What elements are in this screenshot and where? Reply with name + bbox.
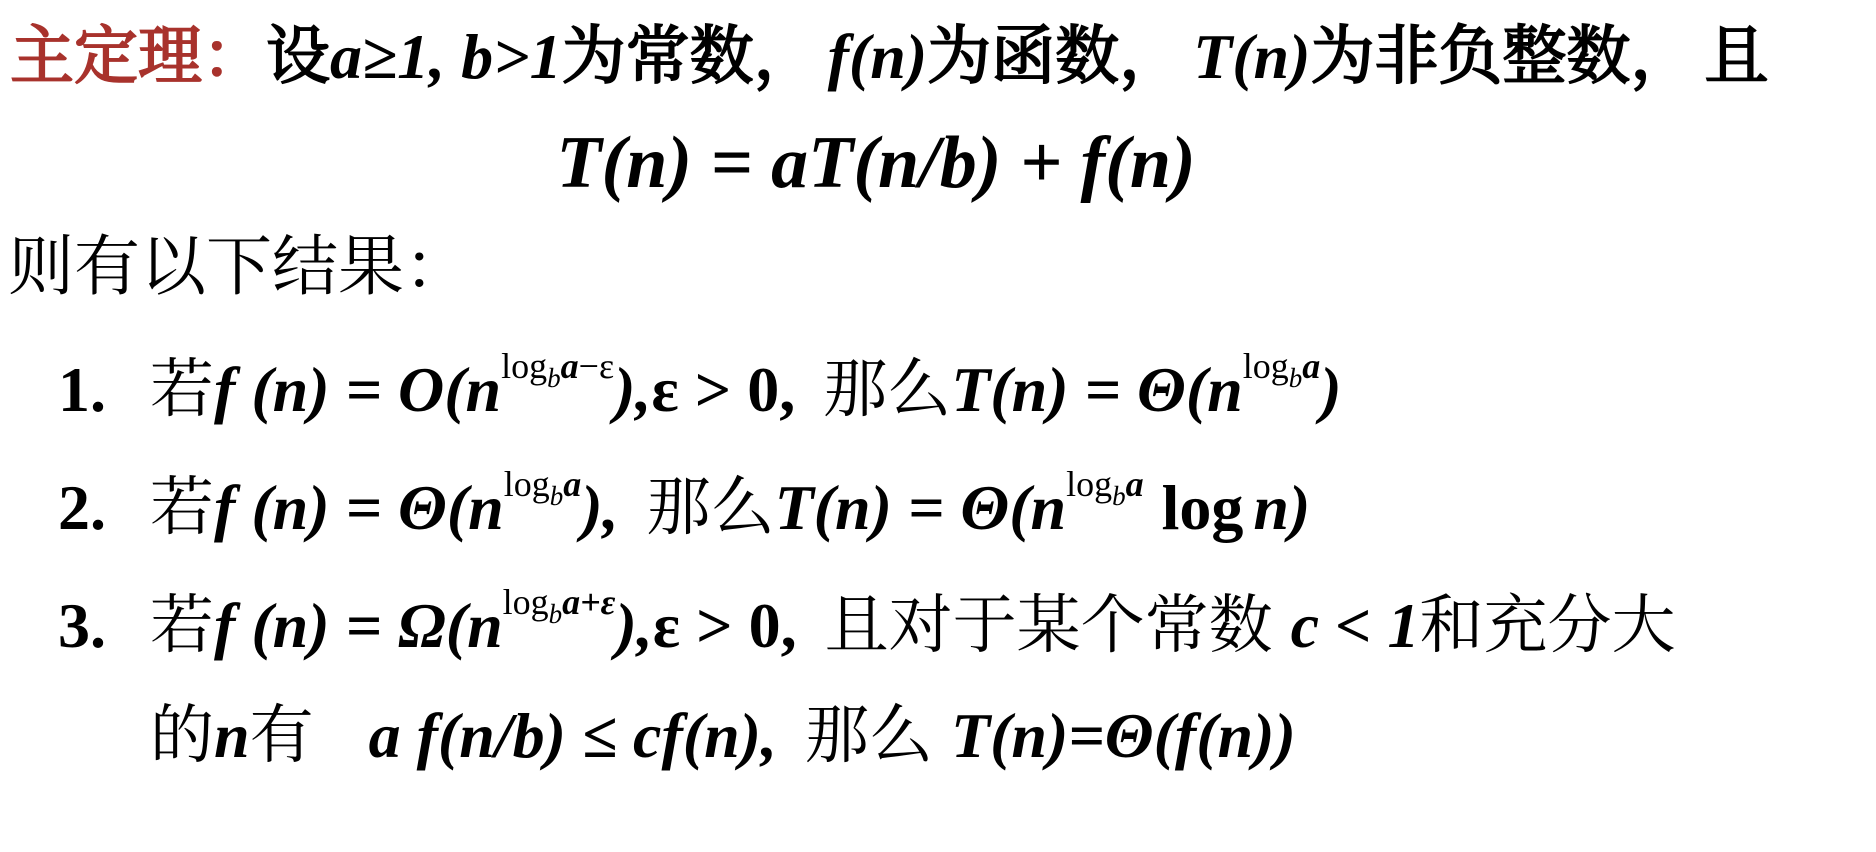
results-intro-line: 则有以下结果： — [0, 224, 1876, 312]
exponent-log-b-a-plus-eps: logba+ε — [503, 557, 616, 628]
master-theorem-slide: 主定理：设a≥1, b>1为常数，f(n)为函数，T(n)为非负整数，且 T(n… — [0, 0, 1876, 852]
case-3-c-lt-1: c < 1 — [1291, 590, 1420, 661]
exponent-arg-a: a — [563, 464, 581, 504]
exponent-arg-a: a — [561, 346, 579, 386]
case-1-then: 那么 — [823, 354, 951, 425]
intro-let: 设 — [266, 21, 330, 92]
case-1-epsilon-condition: ε > 0, — [651, 354, 795, 425]
case-2-then: 那么 — [647, 472, 775, 543]
log-label: log — [1243, 346, 1289, 386]
results-intro-text: 则有以下结果： — [8, 231, 470, 304]
theorem-case-3: 3.若f (n) = Ω(nlogba+ε),ε > 0,且对于某个常数c < … — [0, 582, 1876, 670]
case-3-hypothesis-formula: f (n) = Ω(n — [214, 590, 503, 661]
case-3-sufficiently-large: 和充分大 — [1419, 590, 1675, 661]
exponent-arg-a-plus-eps: a+ε — [562, 582, 615, 622]
case-3-if: 若 — [150, 590, 214, 661]
case-3-then: 那么 — [805, 700, 933, 771]
exponent-log-b-a-minus-eps: logba−ε — [501, 321, 614, 392]
log-label: log — [504, 464, 550, 504]
case-2-close-paren: ), — [581, 472, 618, 543]
theorem-case-3-continued: 的n有a f(n/b) ≤ cf(n),那么T(n)=Θ(f(n)) — [0, 692, 1876, 780]
case-1-conclusion-formula: T(n) = Θ(n — [951, 354, 1243, 425]
case-1-if: 若 — [150, 354, 214, 425]
case-3-for-some-constant: 且对于某个常数 — [825, 590, 1273, 661]
theorem-case-1: 1.若f (n) = O(nlogba−ε),ε > 0,那么T(n) = Θ(… — [0, 346, 1876, 434]
case-3-number: 3. — [58, 582, 150, 670]
case-3-epsilon-condition: ε > 0, — [653, 590, 797, 661]
f-n-term: f(n) — [828, 21, 928, 92]
log-base-b: b — [549, 599, 563, 629]
case-1-close-paren-2: ) — [1320, 354, 1341, 425]
log-base-b: b — [1112, 481, 1126, 511]
log-base-b: b — [547, 363, 561, 393]
case-3-have: 有 — [250, 700, 314, 771]
theorem-statement-line: 主定理：设a≥1, b>1为常数，f(n)为函数，T(n)为非负整数，且 — [0, 0, 1876, 100]
case-2-log-n-arg: n) — [1253, 472, 1310, 543]
intro-and: 且 — [1704, 21, 1768, 92]
log-label: log — [503, 582, 549, 622]
case-1-hypothesis-formula: f (n) = O(n — [214, 354, 501, 425]
log-base-b: b — [1289, 363, 1303, 393]
case-3-close-paren: ), — [615, 590, 652, 661]
exponent-log-b-a: logba — [504, 439, 582, 510]
intro-constants-label: 为常数， — [562, 21, 818, 92]
constants-condition: a≥1, b>1 — [330, 21, 562, 92]
log-label: log — [501, 346, 547, 386]
exponent-log-b-a: logba — [1243, 321, 1321, 392]
exponent-arg-a: a — [1126, 464, 1144, 504]
case-2-conclusion-formula: T(n) = Θ(n — [775, 472, 1067, 543]
exponent-arg-a: a — [1302, 346, 1320, 386]
exponent-log-b-a: logba — [1066, 439, 1144, 510]
intro-nonnegative-label: 为非负整数， — [1310, 21, 1694, 92]
case-2-number: 2. — [58, 464, 150, 552]
exponent-tail: −ε — [579, 346, 614, 386]
log-n-label: log — [1162, 472, 1244, 543]
case-3-conclusion-formula: T(n)=Θ(f(n)) — [951, 700, 1296, 771]
t-n-term: T(n) — [1193, 21, 1310, 92]
recurrence-formula: T(n) = aT(n/b) + f(n) — [556, 122, 1195, 204]
intro-function-label: 为函数， — [927, 21, 1183, 92]
recurrence-line: T(n) = aT(n/b) + f(n) — [0, 116, 1876, 210]
theorem-title: 主定理： — [10, 21, 266, 92]
case-1-close-paren: ), — [614, 354, 651, 425]
case-3-regularity-condition: a f(n/b) ≤ cf(n), — [369, 700, 777, 771]
log-base-b: b — [550, 481, 564, 511]
log-label: log — [1066, 464, 1112, 504]
case-2-if: 若 — [150, 472, 214, 543]
case-2-hypothesis-formula: f (n) = Θ(n — [214, 472, 504, 543]
theorem-case-2: 2.若f (n) = Θ(nlogba),那么T(n) = Θ(nlogbalo… — [0, 464, 1876, 552]
case-3-n-var: n — [214, 700, 250, 771]
case-1-number: 1. — [58, 346, 150, 434]
case-3-of: 的 — [150, 700, 214, 771]
